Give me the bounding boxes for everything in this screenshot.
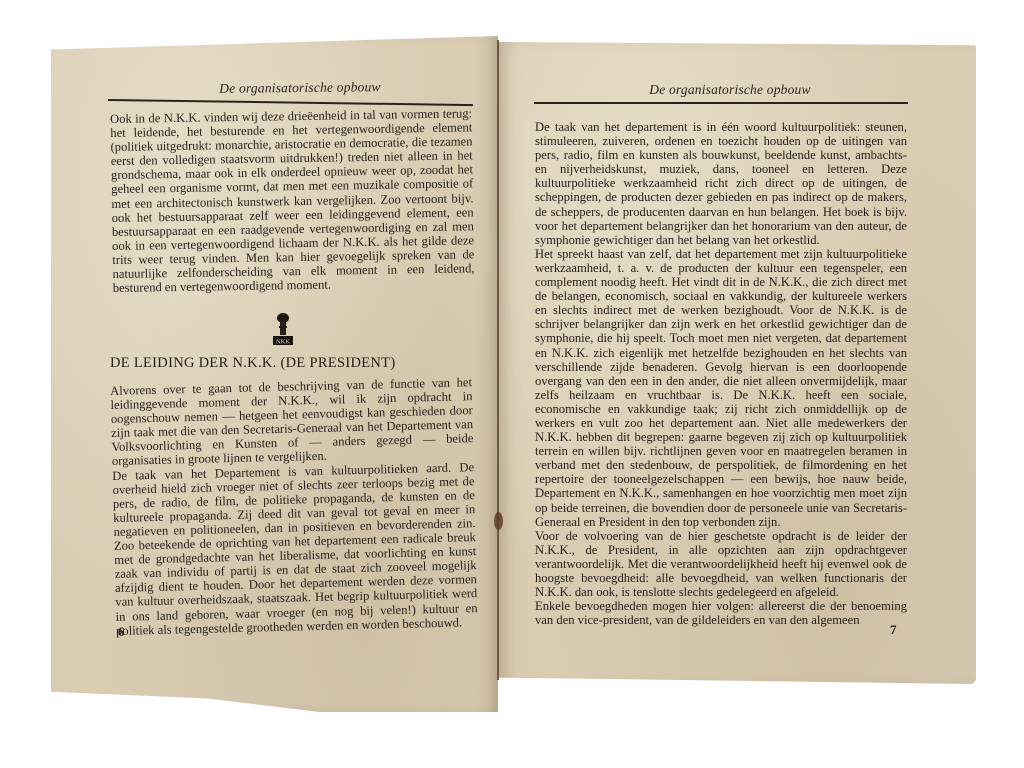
book-spine-gutter	[497, 40, 499, 680]
left-paragraph-1: Ook in de N.K.K. vinden wij deze drieëen…	[110, 106, 475, 295]
right-page-number: 7	[890, 622, 897, 638]
right-header-rule	[534, 102, 908, 104]
paper-stain	[494, 512, 503, 530]
right-text-block: De taak van het departement is in één wo…	[535, 120, 907, 627]
right-paragraph-1: De taak van het departement is in één wo…	[535, 120, 907, 247]
left-text-block-1: Ook in de N.K.K. vinden wij deze drieëen…	[110, 106, 475, 295]
left-paragraph-3: De taak van het Departement is van kultu…	[112, 460, 478, 638]
left-text-block-2: Alvorens over te gaan tot de beschrijvin…	[110, 375, 478, 637]
nkk-torch-logo-icon: NKK	[272, 312, 294, 346]
section-heading: DE LEIDING DER N.K.K. (DE PRESIDENT)	[110, 355, 395, 372]
right-paragraph-4: Enkele bevoegdheden mogen hier volgen: a…	[535, 599, 907, 627]
svg-text:NKK: NKK	[276, 339, 290, 346]
right-paragraph-3: Voor de volvoering van de hier geschetst…	[535, 529, 907, 599]
left-running-head: De organisatorische opbouw	[150, 78, 450, 97]
left-paragraph-2: Alvorens over te gaan tot de beschrijvin…	[110, 375, 474, 468]
left-page-number: 6	[118, 624, 125, 640]
right-paragraph-2: Het spreekt haast van zelf, dat het depa…	[535, 247, 907, 529]
right-running-head: De organisatorische opbouw	[580, 82, 880, 98]
